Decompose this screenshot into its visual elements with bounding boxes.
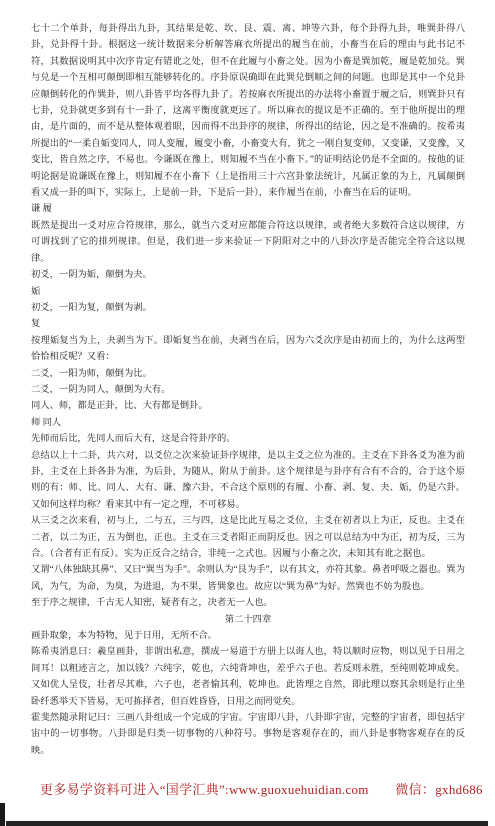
hexagram-label: 复 [31,316,465,332]
body-paragraph: 二爻，一阳为师，颠倒为比。 [31,366,465,382]
scan-artifact-left [0,803,5,826]
body-paragraph: 同人、师，都是正卦，比、大有都是倒卦。 [31,398,465,414]
document-text: 七十二个单卦，每卦得出九卦，其结果是乾、坎、艮、震、离、坤等六卦，每个卦得九卦，… [31,21,465,759]
body-paragraph: 陈希夷消息曰：羲皇画卦，非谓出私意，撰成一易道于方册上以诲人也，特以顺时应物，则… [31,644,465,710]
body-paragraph: 二爻，一阴为同人，颠倒为大有。 [31,382,465,398]
body-paragraph: 先师而后比，先同人而后大有，这是合符卦序的。 [31,431,465,447]
hexagram-pair-label: 师 同人 [31,415,465,431]
body-paragraph: 又谓“八体独缺其鼻”、又曰“巽当为手”。余则认为“艮为手”，以有其文，亦符其象。… [31,562,465,595]
hexagram-label: 姤 [31,284,465,300]
hexagram-pair-label: 谦 履 [31,201,465,217]
chapter-heading: 第二十四章 [31,612,465,628]
body-paragraph: 霍斐然随录附记曰：三画八卦组成一个完成的宇宙。宇宙即八卦，八卦即宇宙，完整的宇宙… [31,710,465,759]
body-paragraph: 初爻，一阴为姤，颠倒为夬。 [31,267,465,283]
body-paragraph: 初爻，一阳为复，颠倒为剥。 [31,300,465,316]
body-paragraph: 画卦取象，本为特物，见于日用，无所不合。 [31,628,465,644]
document-page: 七十二个单卦，每卦得出九卦，其结果是乾、坎、艮、震、离、坤等六卦，每个卦得九卦，… [0,0,495,826]
body-paragraph: 按理姤复当为上，夬剥当为下。即姤复当在前，夬剥当在后，因为六爻次序是由初而上的，… [31,333,465,366]
footer-banner: 更多易学资料可进入“国学汇典”:www.guoxuehuidian.com 微信… [40,779,488,798]
body-paragraph: 至于序之规律，千古无人知密，疑者有之，决者无一人也。 [31,595,465,611]
body-paragraph: 总结以上十二卦，共六对，以爻位之次来验证卦序规律，是以主爻之位为准的。主爻在下卦… [31,448,465,514]
scan-artifact-bottom [6,821,488,826]
body-paragraph: 既然是提出一爻对应合符规律，那么，就当六爻对应都能合符这以规律，或者绝大多数符合… [31,218,465,267]
body-paragraph: 七十二个单卦，每卦得出九卦，其结果是乾、坎、艮、震、离、坤等六卦，每个卦得九卦，… [31,21,465,201]
body-paragraph: 从三爻之次来看，初与上，二与五，三与四，这是比此互易之爻位，主爻在初者以上为正，… [31,513,465,562]
